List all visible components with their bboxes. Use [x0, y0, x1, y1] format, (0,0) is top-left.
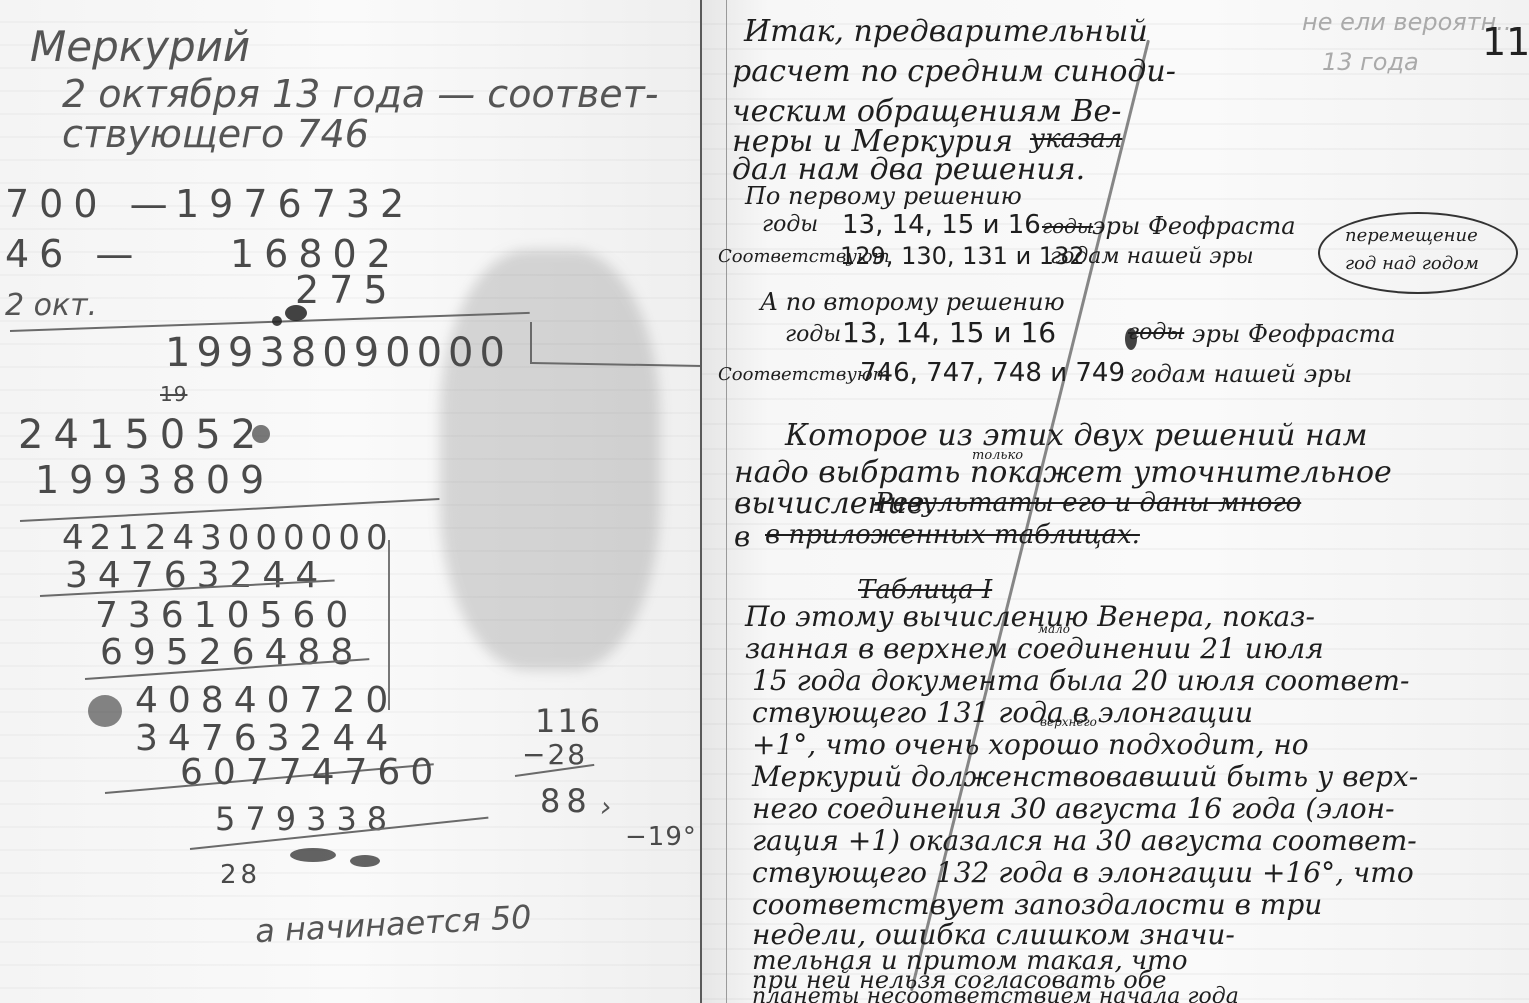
para2-line-1: Которое из этих двух решений нам: [785, 418, 1368, 453]
calc-remainder: 28: [220, 860, 261, 890]
first-solution-struck: годы: [1042, 214, 1093, 238]
para3-line-3: 15 года документа была 20 июля соответ-: [752, 664, 1409, 697]
second-solution-corr-tail: годам нашей эры: [1130, 360, 1352, 388]
manuscript-spread: Меркурий 2 октября 13 года — соответ- ст…: [0, 0, 1529, 1003]
first-solution-years: 13, 14, 15 и 16: [842, 210, 1041, 240]
ink-blot: [1125, 328, 1137, 350]
para1-line-1: Итак, предварительный: [744, 14, 1148, 49]
calc-row1-label: 700 —: [5, 182, 178, 226]
para3-line-10: соответствует запоздалости в три: [752, 888, 1322, 921]
second-solution-heading: А по второму решению: [760, 288, 1065, 316]
para3-line-9: ствующего 132 года в элонгации +16°, что: [752, 856, 1414, 889]
para3-line-6: Меркурий долженствовавший быть у верх-: [752, 760, 1418, 793]
second-solution-era: эры Феофраста: [1192, 320, 1396, 348]
calc-step4: 60774760: [180, 752, 443, 793]
para2-line-2: надо выбрать покажет уточнительное: [734, 455, 1392, 490]
para3-insert-2: верхнего: [1040, 715, 1097, 729]
calc-row3-label: 2 окт.: [5, 288, 97, 323]
first-solution-heading: По первому решению: [745, 182, 1022, 210]
oval-note-line-2: год над годом: [1345, 253, 1479, 274]
intro-line-2: ствующего 746: [62, 112, 369, 156]
footer-note: а начинается 50: [254, 898, 532, 950]
margin-line: [726, 0, 727, 1003]
second-solution-years: 13, 14, 15 и 16: [842, 316, 1056, 349]
oval-note-line-1: перемещение: [1345, 225, 1478, 246]
para2-line-4-start: в: [734, 520, 750, 553]
calc-step1-sub: 34763244: [65, 555, 328, 596]
faint-note-line-2: 13 года: [1322, 48, 1419, 76]
calc-step1: 421243000000: [62, 518, 394, 558]
para3-line-1: По этому вычислению Венера, показ-: [745, 600, 1315, 633]
second-solution-corr: 746, 747, 748 и 749: [860, 358, 1125, 388]
ink-blot: [350, 855, 380, 867]
para3-line-2: занная в верхнем соединении 21 июля: [745, 632, 1324, 665]
intro-line-1: 2 октября 13 года — соответ-: [62, 72, 658, 116]
calc-row2-label: 46 —: [5, 232, 143, 276]
para3-line-5: +1°, что очень хорошо подходит, но: [752, 728, 1309, 761]
para3-line-7: него соединения 30 августа 16 года (элон…: [752, 792, 1395, 825]
calc-small-mark: 19: [160, 382, 187, 406]
first-solution-corr: 129, 130, 131 и 132: [840, 242, 1085, 270]
para2-struck-line-2: в приложенных таблицах.: [765, 520, 1140, 550]
calc-row3-value: 275: [295, 268, 398, 312]
calc-row1-value: 1976732: [175, 182, 414, 226]
ink-blot: [285, 305, 307, 321]
second-solution-years-label: годы: [785, 322, 841, 347]
left-page: Меркурий 2 октября 13 года — соответ- ст…: [0, 0, 700, 1003]
calc-dividend: 2415052: [18, 412, 266, 458]
side-calc-note: −19°: [625, 822, 697, 852]
heading-mercury: Меркурий: [30, 22, 250, 71]
side-calc-a: 116: [535, 702, 602, 740]
para3-line-4: ствующего 131 года в элонгации: [752, 696, 1253, 729]
ink-scribble: [88, 695, 122, 727]
page-number: 115: [1482, 20, 1529, 64]
calc-step4-sub: 579338: [215, 800, 397, 838]
para1-struck-word: указал: [1030, 124, 1122, 154]
calc-step3: 40840720: [135, 680, 398, 721]
arrow-icon: ›: [600, 790, 611, 823]
first-solution-years-label: годы: [762, 212, 818, 237]
ink-blot: [290, 848, 336, 862]
first-solution-corr-tail: годам нашей эры: [1050, 244, 1254, 269]
calc-sum: 19938090000: [165, 330, 511, 376]
calc-step2: 73610560: [95, 595, 358, 636]
ink-blot: [272, 316, 282, 326]
para3-line-8: гация +1) оказался на 30 августа соответ…: [752, 824, 1417, 857]
para2-struck-line-1: Результаты его и даны много: [875, 488, 1301, 518]
para3-line-14: планеты несоответствием начала года: [752, 984, 1239, 1003]
para1-line-2: расчет по средним синоди-: [732, 54, 1176, 89]
calc-divisor: 1993809: [35, 458, 274, 502]
connector-rule: [530, 322, 532, 364]
side-calc-result: 88: [540, 782, 593, 820]
ink-blot: [252, 425, 270, 443]
para2-insert: только: [972, 448, 1023, 463]
first-solution-era: эры Феофраста: [1092, 212, 1296, 240]
